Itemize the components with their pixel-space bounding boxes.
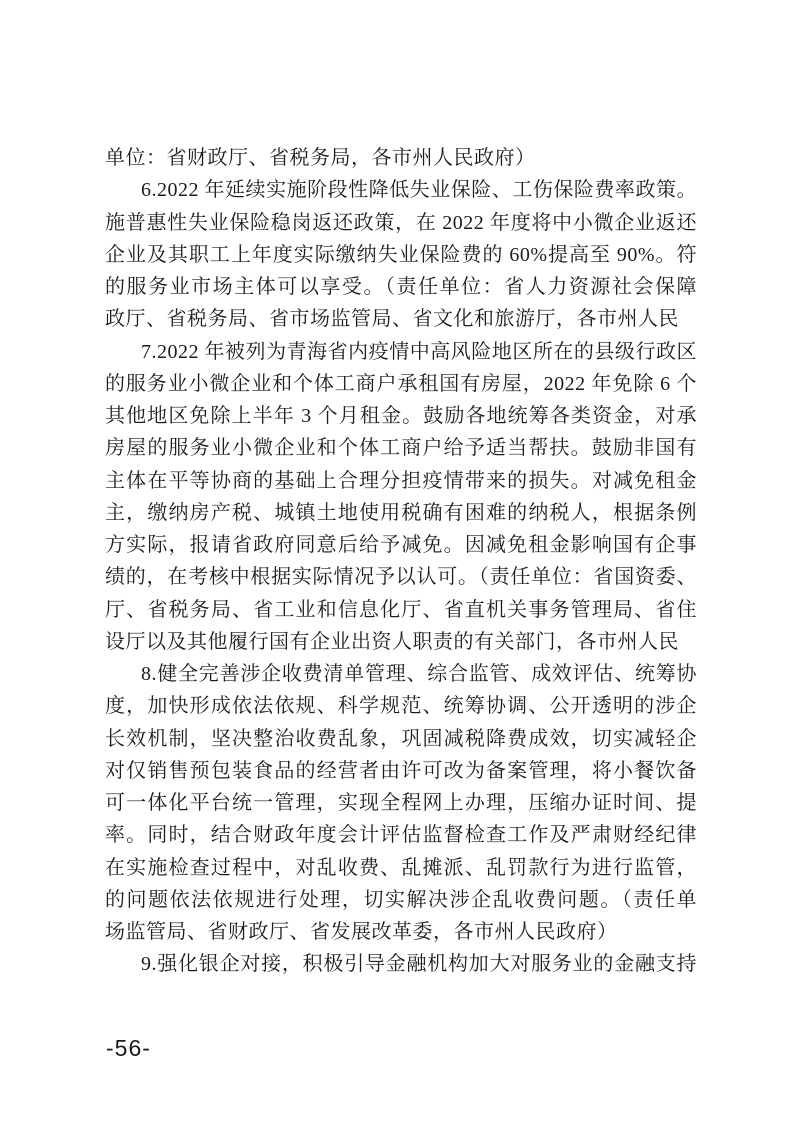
text-line: 主，缴纳房产税、城镇土地使用税确有困难的纳税人，根据条例授权和地	[105, 497, 697, 529]
text-line: 9.强化银企对接，积极引导金融机构加大对服务业的金融支持力度。着	[105, 948, 697, 980]
document-body: 单位：省财政厅、省税务局，各市州人民政府）6.2022 年延续实施阶段性降低失业…	[105, 142, 697, 981]
text-line: 场监管局、省财政厅、省发展改革委，各市州人民政府）	[105, 916, 697, 948]
text-line: 房屋的服务业小微企业和个体工商户给予适当帮扶。鼓励非国有房屋租赁	[105, 432, 697, 464]
text-line: 可一体化平台统一管理，实现全程网上办理，压缩办证时间、提高办证效	[105, 787, 697, 819]
page-number: -56-	[106, 1034, 151, 1062]
document-page: 单位：省财政厅、省税务局，各市州人民政府）6.2022 年延续实施阶段性降低失业…	[0, 0, 793, 1122]
text-line: 设厅以及其他履行国有企业出资人职责的有关部门，各市州人民政府）	[105, 626, 697, 658]
paragraph-item-6: 6.2022 年延续实施阶段性降低失业保险、工伤保险费率政策。继续实施普惠性失业…	[105, 174, 697, 335]
text-line: 厅、省税务局、省工业和信息化厅、省直机关事务管理局、省住房城乡建	[105, 594, 697, 626]
text-line: 率。同时，结合财政年度会计评估监督检查工作及严肃财经纪律相关要求，	[105, 819, 697, 851]
text-line: 度，加快形成依法依规、科学规范、统筹协调、公开透明的涉企收费治理	[105, 690, 697, 722]
text-line: 政厅、省税务局、省市场监管局、省文化和旅游厅，各市州人民政府）	[105, 303, 697, 335]
text-line: 企业及其职工上年度实际缴纳失业保险费的 60%提高至 90%。符合条件	[105, 239, 697, 271]
paragraph-item-7: 7.2022 年被列为青海省内疫情中高风险地区所在的县级行政区域内的服务业小微企…	[105, 336, 697, 659]
text-line: 6.2022 年延续实施阶段性降低失业保险、工伤保险费率政策。继续实	[105, 174, 697, 206]
text-line: 在实施检查过程中，对乱收费、乱摊派、乱罚款行为进行监管，并对发现	[105, 852, 697, 884]
text-line: 的问题依法依规进行处理，切实解决涉企乱收费问题。（责任单位：省市	[105, 884, 697, 916]
text-line: 8.健全完善涉企收费清单管理、综合监管、成效评估、统筹协调等制	[105, 658, 697, 690]
text-line: 施普惠性失业保险稳岗返还政策，在 2022 年度将中小微企业返还比例从	[105, 207, 697, 239]
text-line: 其他地区免除上半年 3 个月租金。鼓励各地统筹各类资金，对承租非国有	[105, 400, 697, 432]
text-line: 主体在平等协商的基础上合理分担疫情带来的损失。对减免租金的房屋业	[105, 465, 697, 497]
paragraph-item-8: 8.健全完善涉企收费清单管理、综合监管、成效评估、统筹协调等制度，加快形成依法依…	[105, 658, 697, 948]
paragraph-item-9: 9.强化银企对接，积极引导金融机构加大对服务业的金融支持力度。着	[105, 948, 697, 980]
text-line: 的服务业市场主体可以享受。（责任单位：省人力资源社会保障厅、省财	[105, 271, 697, 303]
text-line: 绩的，在考核中根据实际情况予以认可。（责任单位：省国资委、省财政	[105, 561, 697, 593]
text-line: 7.2022 年被列为青海省内疫情中高风险地区所在的县级行政区域内	[105, 336, 697, 368]
text-line: 对仅销售预包装食品的经营者由许可改为备案管理，将小餐饮备案纳入许	[105, 755, 697, 787]
text-line: 单位：省财政厅、省税务局，各市州人民政府）	[105, 142, 697, 174]
text-line: 方实际，报请省政府同意后给予减免。因减免租金影响国有企事业单位业	[105, 529, 697, 561]
text-line: 长效机制，坚决整治收费乱象，巩固减税降费成效，切实减轻企业负担。	[105, 723, 697, 755]
paragraph-continuation: 单位：省财政厅、省税务局，各市州人民政府）	[105, 142, 697, 174]
text-line: 的服务业小微企业和个体工商户承租国有房屋，2022 年免除 6 个月租金，	[105, 368, 697, 400]
